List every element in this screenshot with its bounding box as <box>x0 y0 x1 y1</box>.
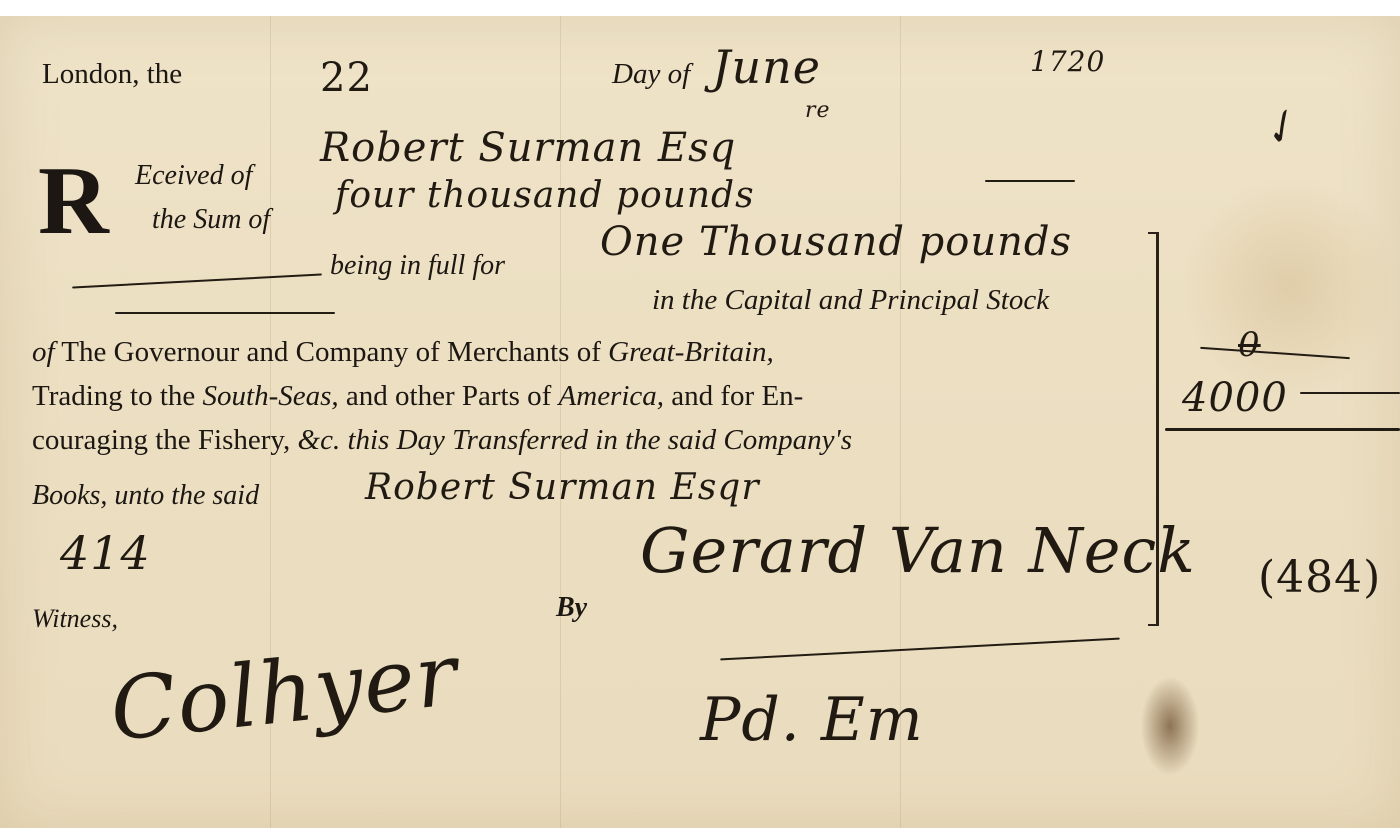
margin-reference: (484) <box>1258 556 1381 600</box>
by-label: By <box>556 594 587 622</box>
underline <box>1165 428 1400 431</box>
place-label: London, the <box>42 60 182 89</box>
sum-amount: four thousand pounds <box>335 178 755 214</box>
sum-of-label: the Sum of <box>152 206 270 234</box>
register-number: 414 <box>60 530 151 576</box>
ink-stain <box>1140 676 1200 776</box>
body-line-5: Books, unto the said <box>32 482 259 510</box>
body-line-1: in the Capital and Principal Stock <box>652 286 1049 315</box>
received-of-label: Eceived of <box>135 162 252 190</box>
decorative-initial: R <box>38 152 109 250</box>
transferee-name: Robert Surman Esqr <box>365 470 760 506</box>
body-line-2: of The Governour and Company of Merchant… <box>32 338 774 367</box>
body-line-4: couraging the Fishery, &c. this Day Tran… <box>32 426 852 455</box>
margin-amount: 4000 <box>1182 378 1288 418</box>
stock-amount: One Thousand pounds <box>600 222 1072 262</box>
body-line-3: Trading to the South-Seas, and other Par… <box>32 382 803 411</box>
paid-mark: Pd. Em <box>700 690 924 750</box>
fill-line <box>1300 392 1400 394</box>
signatory-signature: Gerard Van Neck <box>640 520 1196 582</box>
day-value: 22 <box>320 58 373 98</box>
fill-line <box>115 312 335 314</box>
being-in-full-label: being in full for <box>330 252 505 280</box>
fill-line <box>985 180 1075 182</box>
struck-value: 0 <box>1238 328 1261 362</box>
witness-label: Witness, <box>32 606 118 632</box>
received-from-name: Robert Surman Esq <box>320 128 736 168</box>
month-value: June <box>712 44 821 90</box>
day-of-label: Day of <box>612 60 690 89</box>
year-value: 1720 <box>1030 48 1105 76</box>
esquire-suffix: re <box>805 100 831 122</box>
